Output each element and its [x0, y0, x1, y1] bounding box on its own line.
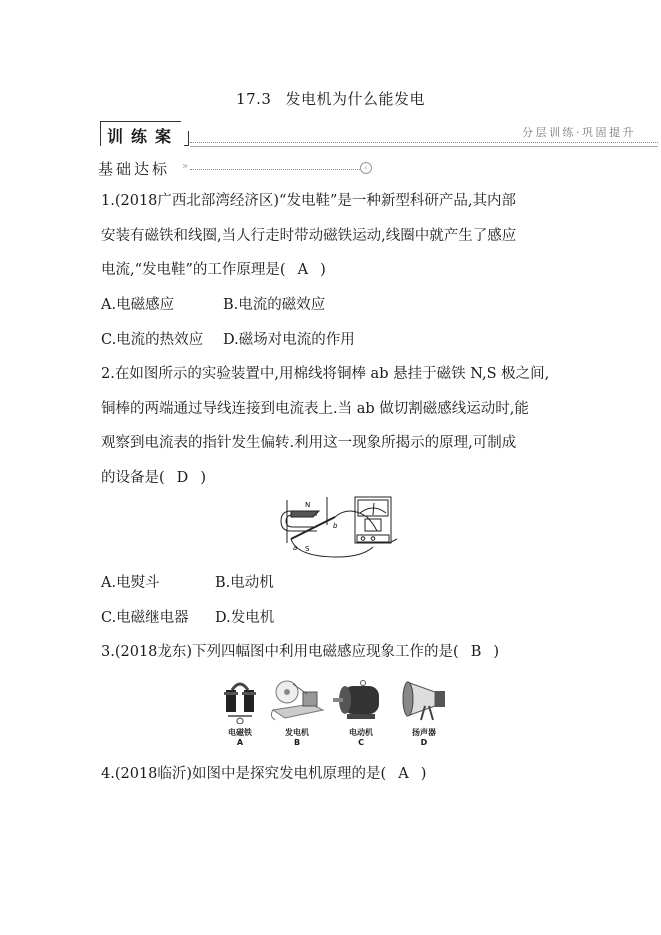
- motor-image: [331, 676, 391, 724]
- section-label: 基础达标: [98, 160, 170, 178]
- double-chevron-icon: »: [182, 161, 188, 172]
- question-1: 1.(2018广西北部湾经济区)“发电鞋”是一种新型科研产品,其内部 安装有磁铁…: [101, 184, 571, 288]
- question-line: 电流,“发电鞋”的工作原理是(A): [101, 253, 571, 288]
- question-4: 4.(2018临沂)如图中是探究发电机原理的是(A): [101, 757, 571, 792]
- bracket-decoration: [184, 131, 189, 146]
- figure-letter: D: [394, 738, 454, 748]
- section-header: 基础达标 » ‹: [98, 158, 378, 180]
- figure-letter: C: [331, 738, 391, 748]
- question-line: 的设备是(D): [101, 461, 571, 496]
- question-line: 1.(2018广西北部湾经济区)“发电鞋”是一种新型科研产品,其内部: [101, 184, 571, 219]
- banner-slogan: 分层训练·巩固提升: [522, 124, 636, 140]
- question-2: 2.在如图所示的实验装置中,用棉线将铜棒 ab 悬挂于磁铁 N,S 极之间, 铜…: [101, 357, 571, 495]
- figure-letter: B: [267, 738, 327, 748]
- device-images-figure: 电磁铁 A 发电机 B 电动机 C: [210, 676, 450, 752]
- answer-mark: B: [459, 635, 494, 670]
- banner-label: 训练案: [100, 121, 181, 146]
- dotted-divider: [190, 142, 658, 143]
- option-d: D.磁场对电流的作用: [223, 323, 355, 358]
- question-1-options: A.电磁感应B.电流的磁效应 C.电流的热效应D.磁场对电流的作用: [101, 288, 355, 357]
- figure-caption: 电动机: [331, 728, 391, 738]
- question-line: 2.在如图所示的实验装置中,用棉线将铜棒 ab 悬挂于磁铁 N,S 极之间,: [101, 357, 571, 392]
- answer-mark: D: [165, 461, 201, 496]
- svg-text:b: b: [333, 522, 338, 530]
- divider-line: [190, 146, 658, 147]
- figure-letter: A: [210, 738, 270, 748]
- option-c: C.电磁继电器: [101, 601, 215, 636]
- figure-item-b: 发电机 B: [267, 676, 327, 748]
- figure-item-c: 电动机 C: [331, 676, 391, 748]
- figure-caption: 电磁铁: [210, 728, 270, 738]
- figure-item-d: 扬声器 D: [394, 676, 454, 748]
- svg-text:N: N: [305, 501, 310, 509]
- generator-image: [267, 676, 327, 724]
- option-d: D.发电机: [215, 601, 274, 636]
- answer-mark: A: [286, 253, 320, 288]
- figure-caption: 发电机: [267, 728, 327, 738]
- practice-banner: 训练案 分层训练·巩固提升: [98, 121, 658, 147]
- figure-caption: 扬声器: [394, 728, 454, 738]
- option-a: A.电熨斗: [101, 566, 215, 601]
- circle-arrow-icon: ‹: [360, 162, 372, 174]
- question-line: 3.(2018龙东)下列四幅图中利用电磁感应现象工作的是(B): [101, 635, 571, 670]
- question-line: 安装有磁铁和线圈,当人行走时带动磁铁运动,线圈中就产生了感应: [101, 219, 571, 254]
- figure-item-a: 电磁铁 A: [210, 676, 270, 748]
- option-c: C.电流的热效应: [101, 323, 223, 358]
- apparatus-diagram: N S a b: [277, 495, 412, 560]
- induction-apparatus-figure: N S a b: [277, 495, 412, 560]
- svg-text:a: a: [293, 544, 297, 552]
- question-line: 观察到电流表的指针发生偏转.利用这一现象所揭示的原理,可制成: [101, 426, 571, 461]
- loudspeaker-image: [399, 676, 449, 724]
- page-title: 17.3发电机为什么能发电: [0, 88, 661, 109]
- section-title: 发电机为什么能发电: [285, 90, 425, 108]
- question-2-options: A.电熨斗B.电动机 C.电磁继电器D.发电机: [101, 566, 274, 635]
- electromagnet-image: [220, 676, 260, 724]
- question-line: 4.(2018临沂)如图中是探究发电机原理的是(A): [101, 757, 571, 792]
- question-3: 3.(2018龙东)下列四幅图中利用电磁感应现象工作的是(B): [101, 635, 571, 670]
- option-b: B.电动机: [215, 566, 274, 601]
- option-a: A.电磁感应: [101, 288, 223, 323]
- section-number: 17.3: [236, 90, 271, 108]
- answer-mark: A: [386, 757, 420, 792]
- question-line: 铜棒的两端通过导线连接到电流表上.当 ab 做切割磁感线运动时,能: [101, 392, 571, 427]
- option-b: B.电流的磁效应: [223, 288, 325, 323]
- dotted-divider: [190, 169, 360, 170]
- svg-text:S: S: [305, 545, 310, 553]
